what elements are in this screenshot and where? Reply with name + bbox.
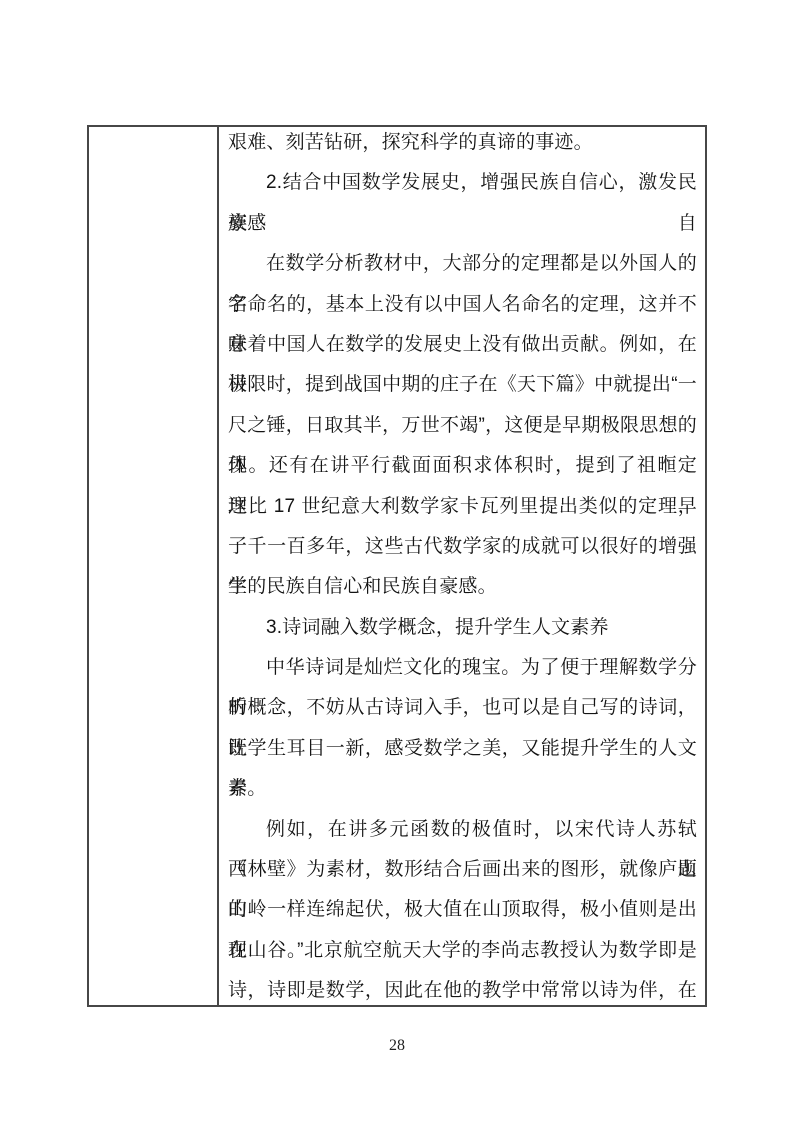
- text-line: 中华诗词是灿烂文化的瑰宝。为了便于理解数学分析: [228, 648, 697, 688]
- text-line: 养。: [228, 769, 697, 809]
- text-line: 诗，诗即是数学，因此在他的教学中常常以诗为伴，在讲: [228, 971, 697, 1005]
- content-table: 艰难、刻苦钻研，探究科学的真谛的事迹。 2.结合中国数学发展史，增强民族自信心，…: [87, 125, 707, 1007]
- text-line: 字命名的，基本上没有以中国人名命名的定理，这并不意: [228, 285, 697, 325]
- text-lines: 艰难、刻苦钻研，探究科学的真谛的事迹。 2.结合中国数学发展史，增强民族自信心，…: [228, 127, 697, 1005]
- text-line: 3.诗词融入数学概念，提升学生人文素养: [228, 608, 697, 648]
- text-line: 生的民族自信心和民族自豪感。: [228, 567, 697, 607]
- text-line: 例如，在讲多元函数的极值时，以宋代诗人苏轼《题: [228, 810, 697, 850]
- document-page: 艰难、刻苦钻研，探究科学的真谛的事迹。 2.结合中国数学发展史，增强民族自信心，…: [0, 0, 794, 1123]
- text-line: 的概念，不妨从古诗词入手，也可以是自己写的诗词，既: [228, 688, 697, 728]
- text-line: 山岭一样连绵起伏，极大值在山顶取得，极小值则是出现: [228, 890, 697, 930]
- text-line: 这比 17 世纪意大利数学家卡瓦列里提出类似的定理早了: [228, 487, 697, 527]
- table-cell-right: 艰难、刻苦钻研，探究科学的真谛的事迹。 2.结合中国数学发展史，增强民族自信心，…: [219, 127, 705, 1005]
- text-line: 一千一百多年，这些古代数学家的成就可以很好的增强学: [228, 527, 697, 567]
- table-cell-left: [89, 127, 219, 1005]
- text-line: 艰难、刻苦钻研，探究科学的真谛的事迹。: [228, 127, 697, 163]
- text-line: 在山谷。”北京航空航天大学的李尚志教授认为数学即是: [228, 931, 697, 971]
- text-line: 味着中国人在数学的发展史上没有做出贡献。例如，在讲: [228, 325, 697, 365]
- text-line: 让学生耳目一新，感受数学之美，又能提升学生的人文素: [228, 729, 697, 769]
- text-line: 在数学分析教材中，大部分的定理都是以外国人的名: [228, 244, 697, 284]
- page-number: 28: [0, 1037, 794, 1055]
- text-line: 现。还有在讲平行截面面积求体积时，提到了祖暅定理，: [228, 446, 697, 486]
- text-line: 尺之锤，日取其半，万世不竭”，这便是早期极限思想的体: [228, 406, 697, 446]
- text-line: 极限时，提到战国中期的庄子在《天下篇》中就提出“一: [228, 365, 697, 405]
- text-line: 西林壁》为素材，数形结合后画出来的图形，就像庐山的: [228, 850, 697, 890]
- text-line: 2.结合中国数学发展史，增强民族自信心，激发民族自: [228, 163, 697, 203]
